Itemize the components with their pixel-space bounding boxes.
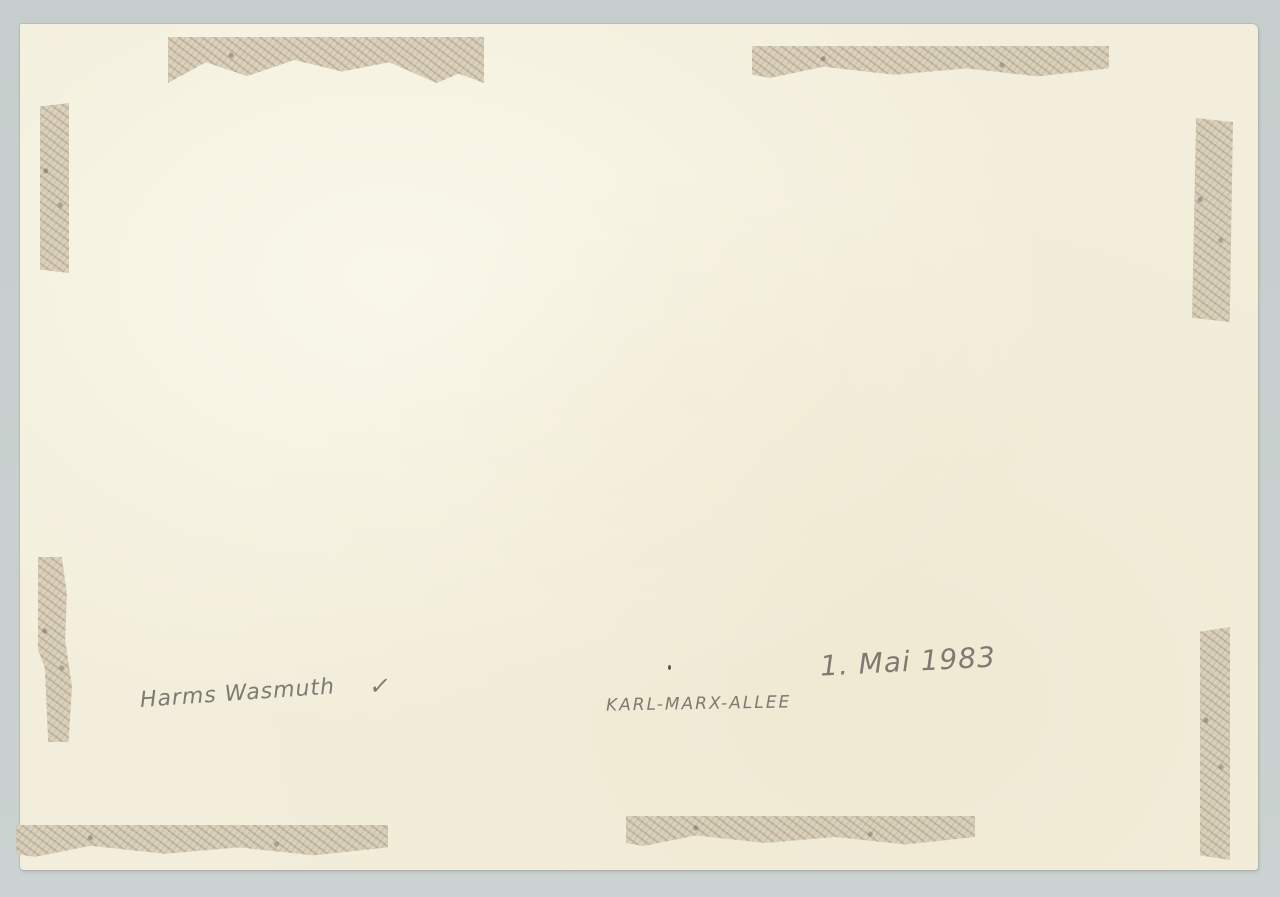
tape-left-upper [40,103,69,273]
pencil-speck [668,665,671,670]
location-inscription: Karl-Marx-Allee [606,692,792,715]
photo-back-paper [20,24,1258,870]
tape-right-lower [1200,627,1230,860]
tape-right-upper [1192,118,1233,322]
